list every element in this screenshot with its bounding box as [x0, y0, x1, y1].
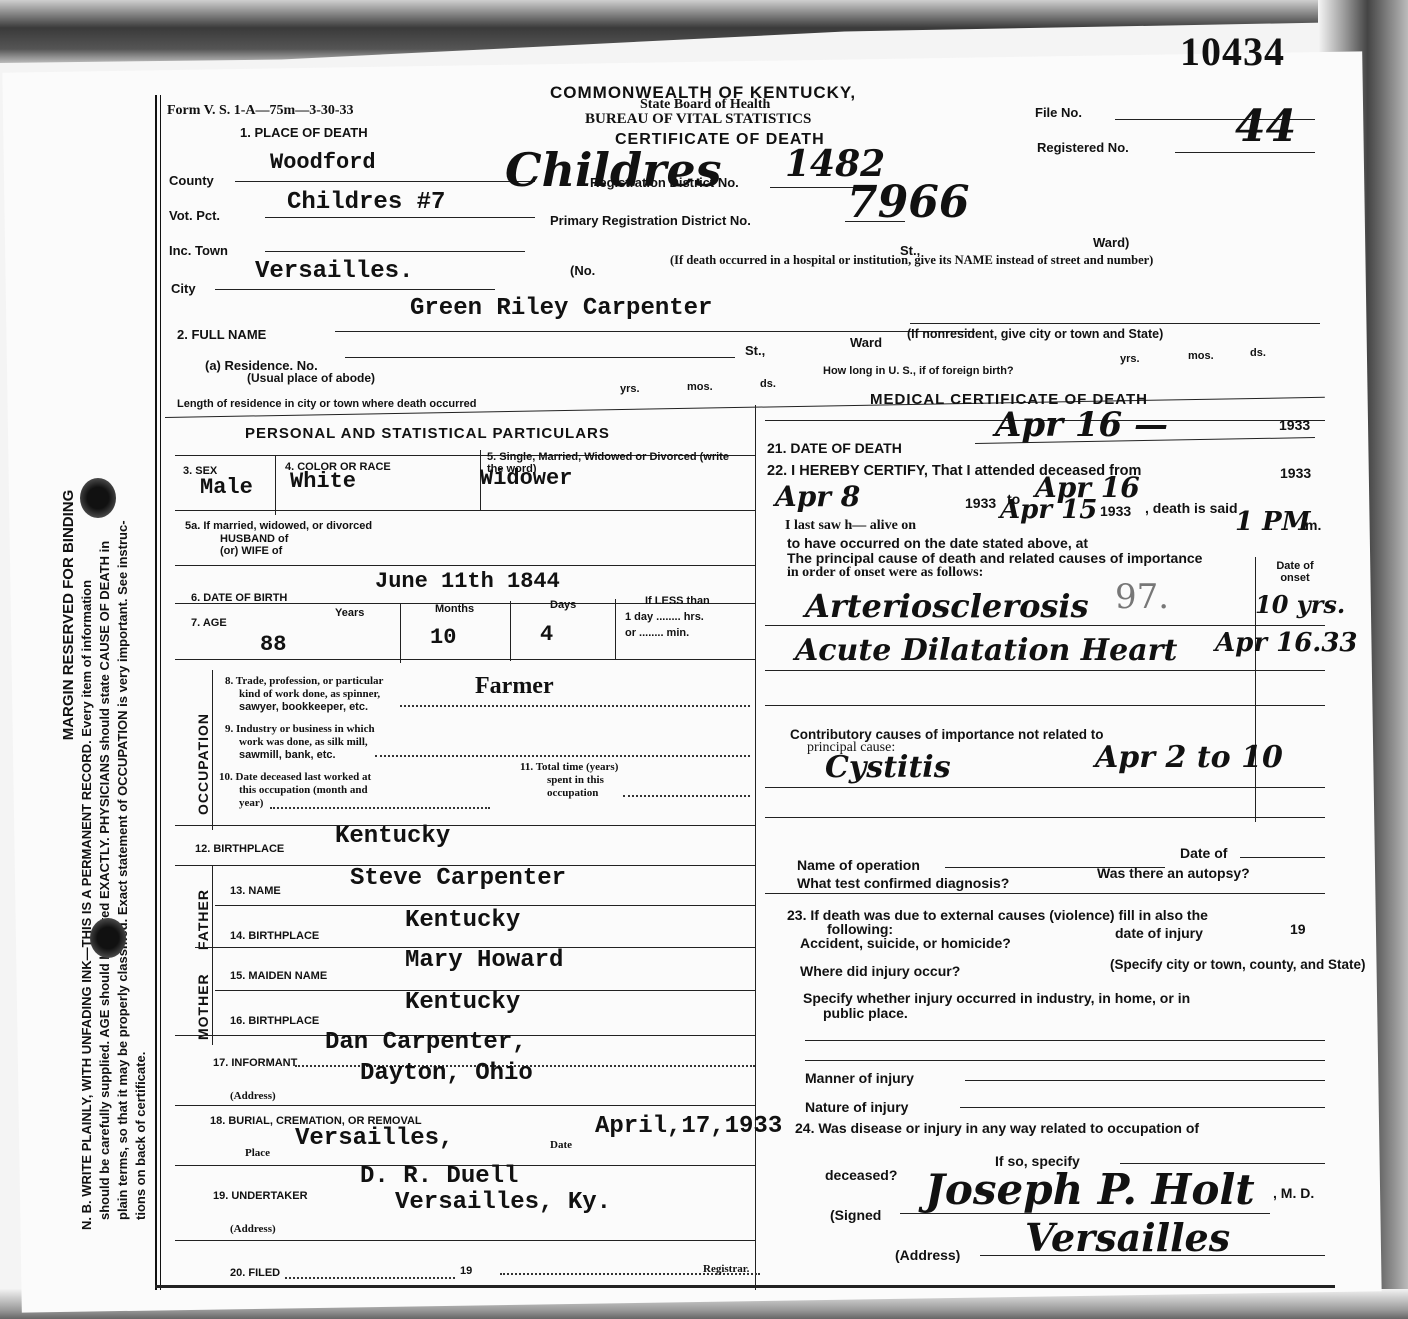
burial-date-value[interactable]: April,17,1933: [595, 1113, 782, 1140]
age-days-label: Days: [550, 599, 576, 611]
occupation-vertical-label: OCCUPATION: [195, 713, 211, 815]
md-label: , M. D.: [1273, 1185, 1314, 1201]
cause-2-onset[interactable]: Apr 16.33: [1215, 628, 1358, 658]
hospital-note: (If death occurred in a hospital or inst…: [670, 253, 1153, 268]
informant-label: 17. INFORMANT: [213, 1057, 297, 1069]
full-name-line: [335, 331, 975, 332]
vot-pct-line: [265, 217, 535, 218]
age-divider-2: [510, 601, 511, 661]
father-birthplace-label: 14. BIRTHPLACE: [230, 930, 319, 942]
father-vertical-label: FATHER: [195, 889, 211, 950]
injury-specify-label-2: public place.: [823, 1005, 908, 1021]
county-line: [235, 181, 535, 182]
burial-date-label: Date: [550, 1139, 572, 1151]
nonresident-line: [910, 323, 1320, 324]
margin-instructions-4: tions on back of certificate.: [132, 160, 150, 1270]
sex-value[interactable]: Male: [200, 475, 253, 500]
residence-ward-label: Ward: [850, 335, 882, 350]
mother-name-label: 15. MAIDEN NAME: [230, 970, 327, 982]
date-of-death-year[interactable]: 1933: [1279, 417, 1310, 433]
deceased-label: deceased?: [825, 1167, 897, 1183]
informant-divider: [175, 1105, 755, 1106]
age-years-value[interactable]: 88: [260, 632, 286, 657]
operation-date-line: [1240, 857, 1325, 858]
foreign-birth-label: How long in U. S., if of foreign birth?: [823, 365, 1014, 377]
total-time-label-2: spent in this: [547, 774, 604, 786]
contributory-line-2: [765, 817, 1325, 818]
race-value[interactable]: White: [290, 469, 356, 494]
abode-label: (Usual place of abode): [247, 371, 375, 385]
trade-value[interactable]: Farmer: [475, 673, 554, 700]
full-name-value[interactable]: Green Riley Carpenter: [410, 295, 712, 322]
injury-year-prefix: 19: [1290, 921, 1306, 937]
marital-divider: [175, 510, 755, 511]
physician-signature[interactable]: Joseph P. Holt: [925, 1165, 1255, 1214]
burial-place-label: Place: [245, 1147, 270, 1159]
registered-no-value[interactable]: 44: [1235, 101, 1296, 152]
cause-1-annotation: 97.: [1115, 577, 1169, 617]
physician-address-value[interactable]: Versailles: [1025, 1215, 1230, 1260]
death-said-label: , death is said: [1145, 500, 1238, 516]
personal-particulars-title: PERSONAL AND STATISTICAL PARTICULARS: [245, 425, 610, 442]
file-no-label: File No.: [1035, 105, 1082, 120]
margin-instructions-3: plain terms, so that it may be properly …: [114, 160, 132, 1270]
age-divider: [175, 659, 755, 660]
parents-side-divider: [212, 865, 213, 1045]
primary-district-value[interactable]: 7966: [847, 177, 969, 228]
trade-line: [400, 705, 750, 707]
last-saw-value[interactable]: Apr 15: [1000, 495, 1097, 525]
last-worked-label-2: this occupation (month and: [239, 784, 368, 796]
form-id: Form V. S. 1-A—75m—3-30-33: [167, 103, 354, 119]
cause-1-onset[interactable]: 10 yrs.: [1255, 590, 1345, 619]
primary-district-label: Primary Registration District No.: [550, 213, 751, 228]
age-years-label: Years: [335, 607, 364, 619]
age-label: 7. AGE: [191, 617, 227, 629]
nature-line: [960, 1107, 1325, 1108]
manner-label: Manner of injury: [805, 1070, 914, 1086]
undertaker-address-value[interactable]: Versailles, Ky.: [395, 1189, 611, 1216]
dob-value[interactable]: June 11th 1844: [375, 569, 560, 594]
residence-st-label: St.,: [745, 343, 765, 358]
injury-place-line: [805, 1040, 1325, 1041]
injury-where-label: Where did injury occur?: [800, 963, 960, 979]
industry-label-1: 9. Industry or business in which: [225, 723, 375, 735]
residence-line: [345, 357, 735, 358]
principal-cause-label-2: in order of onset were as follows:: [787, 565, 983, 581]
signed-label: (Signed: [830, 1207, 881, 1223]
length-ds-label: ds.: [760, 378, 776, 390]
contributory-line-1: [765, 787, 1325, 788]
length-yrs-label: yrs.: [620, 383, 640, 395]
operation-label: Name of operation: [797, 857, 920, 873]
filed-year-prefix: 19: [460, 1265, 472, 1277]
vot-pct-label: Vot. Pct.: [169, 208, 220, 223]
contributory-cause-value[interactable]: Cystitis: [825, 750, 951, 785]
margin-instructions-2: should be carefully supplied. AGE should…: [96, 160, 114, 1270]
attended-from-value[interactable]: Apr 8: [775, 480, 860, 513]
injury-where-note: (Specify city or town, county, and State…: [1110, 957, 1366, 972]
county-value[interactable]: Woodford: [270, 150, 376, 175]
nature-label: Nature of injury: [805, 1099, 908, 1115]
trade-label-2: kind of work done, as spinner,: [239, 688, 380, 700]
spouse-label-1: 5a. If married, widowed, or divorced: [185, 520, 372, 532]
attended-to-year[interactable]: 1933: [1280, 465, 1311, 481]
margin-instructions-1: N. B. WRITE PLAINLY, WITH UNFADING INK—T…: [78, 160, 96, 1270]
undertaker-value[interactable]: D. R. Duell: [360, 1163, 518, 1190]
margin-reserved-label: MARGIN RESERVED FOR BINDING: [60, 160, 78, 1270]
contributory-onset-value[interactable]: Apr 2 to 10: [1095, 740, 1283, 775]
less-than-label: If LESS than: [645, 595, 710, 607]
registered-no-label: Registered No.: [1037, 140, 1129, 155]
foreign-yrs-label: yrs.: [1120, 353, 1140, 365]
inc-town-label: Inc. Town: [169, 243, 228, 258]
attended-from-year[interactable]: 1933: [965, 495, 996, 511]
time-suffix: m.: [1305, 517, 1321, 533]
occupation-side-divider: [212, 670, 213, 830]
age-months-label: Months: [435, 603, 474, 615]
informant-value[interactable]: Dan Carpenter,: [325, 1029, 527, 1056]
length-mos-label: mos.: [687, 381, 713, 393]
occupation-related-label: 24. Was disease or injury in any way rel…: [795, 1120, 1199, 1136]
time-label: to have occurred on the date stated abov…: [787, 535, 1088, 551]
form-left-border: [155, 95, 161, 1290]
time-value[interactable]: 1 PM: [1235, 507, 1310, 537]
bureau-vital-statistics: BUREAU OF VITAL STATISTICS: [585, 111, 811, 128]
registered-no-line: [1175, 152, 1315, 153]
mother-birthplace-label: 16. BIRTHPLACE: [230, 1015, 319, 1027]
registrar-label: Registrar.: [703, 1263, 749, 1275]
burial-place-value[interactable]: Versailles,: [295, 1125, 453, 1152]
injury-place-line-2: [805, 1060, 1325, 1061]
test-line: [765, 893, 1325, 894]
total-time-line: [623, 795, 750, 797]
father-name-line: [215, 905, 755, 906]
age-divider-1: [400, 603, 401, 663]
informant-address-value[interactable]: Dayton, Ohio: [360, 1060, 533, 1087]
city-label: City: [171, 281, 196, 296]
trade-label-1: 8. Trade, profession, or particular: [225, 675, 383, 687]
column-divider: [755, 405, 756, 1290]
onset-header: Date of onset: [1265, 560, 1325, 584]
undertaker-label: 19. UNDERTAKER: [213, 1190, 308, 1202]
cause-2-line: [765, 670, 1325, 671]
place-of-death-label: 1. PLACE OF DEATH: [240, 125, 368, 140]
occupation-divider: [175, 825, 755, 826]
sex-race-divider: [275, 455, 276, 515]
physician-address-label: (Address): [895, 1247, 960, 1263]
form-bottom-border: [155, 1285, 1335, 1288]
industry-label-2: work was done, as silk mill,: [239, 736, 368, 748]
death-certificate-form: Form V. S. 1-A—75m—3-30-33 COMMONWEALTH …: [155, 95, 1370, 1295]
date-of-death-label: 21. DATE OF DEATH: [767, 440, 902, 456]
cause-3-line: [765, 705, 1325, 706]
informant-address-label: (Address): [230, 1090, 276, 1102]
principal-cause-label-1: The principal cause of death and related…: [787, 550, 1202, 566]
last-saw-label: I last saw h— alive on: [785, 518, 916, 534]
last-saw-year[interactable]: 1933: [1100, 503, 1131, 519]
injury-date-label: date of injury: [1115, 925, 1203, 941]
full-name-label: 2. FULL NAME: [177, 327, 266, 342]
marital-value[interactable]: Widower: [480, 466, 572, 491]
last-worked-line: [270, 807, 490, 809]
county-label: County: [169, 173, 214, 188]
total-time-label-3: occupation: [547, 787, 598, 799]
total-time-label-1: 11. Total time (years): [520, 761, 618, 773]
birthplace-value[interactable]: Kentucky: [335, 823, 450, 850]
spouse-label-3: (or) WIFE of: [220, 545, 282, 557]
inc-town-line: [265, 251, 525, 252]
city-value[interactable]: Versailles.: [255, 258, 413, 285]
mother-name-value[interactable]: Mary Howard: [405, 947, 563, 974]
industry-label-3: sawmill, bank, etc.: [239, 749, 336, 761]
undertaker-address-label: (Address): [230, 1223, 276, 1235]
injury-specify-label-1: Specify whether injury occurred in indus…: [803, 990, 1190, 1006]
day-hrs-label: 1 day ........ hrs.: [625, 611, 704, 623]
undertaker-divider: [175, 1240, 755, 1241]
length-of-residence-label: Length of residence in city or town wher…: [177, 398, 477, 410]
last-worked-label-3: year): [239, 797, 263, 809]
last-worked-label-1: 10. Date deceased last worked at: [219, 771, 371, 783]
signed-line: [900, 1213, 1270, 1214]
vot-pct-value[interactable]: Childres #7: [287, 189, 445, 216]
ink-blot-upper: [80, 478, 116, 518]
manner-line: [965, 1080, 1325, 1081]
age-days-value[interactable]: 4: [540, 622, 553, 647]
date-of-death-value[interactable]: Apr 16 —: [995, 405, 1168, 445]
document-number: 10434: [1180, 28, 1285, 75]
spouse-divider: [175, 565, 755, 566]
birthplace-label: 12. BIRTHPLACE: [195, 843, 284, 855]
number-label: (No.: [570, 263, 595, 278]
age-months-value[interactable]: 10: [430, 625, 456, 650]
autopsy-label: Was there an autopsy?: [1097, 865, 1250, 881]
ward-label: Ward): [1093, 235, 1129, 250]
test-confirmed-label: What test confirmed diagnosis?: [797, 875, 1009, 891]
operation-date-label: Date of: [1180, 845, 1227, 861]
mother-vertical-label: MOTHER: [195, 973, 211, 1040]
nonresident-note: (If nonresident, give city or town and S…: [907, 327, 1163, 341]
mother-birthplace-value[interactable]: Kentucky: [405, 989, 520, 1016]
accident-label: Accident, suicide, or homicide?: [800, 935, 1011, 951]
industry-line: [375, 755, 750, 757]
registration-district-label: Registration District No.: [590, 175, 739, 190]
ink-blot-lower: [90, 918, 126, 958]
foreign-ds-label: ds.: [1250, 347, 1266, 359]
filed-label: 20. FILED: [230, 1267, 280, 1279]
father-name-value[interactable]: Steve Carpenter: [350, 865, 566, 892]
cause-1-value[interactable]: Arteriosclerosis: [805, 587, 1089, 625]
spouse-label-2: HUSBAND of: [220, 533, 288, 545]
filed-date-line: [285, 1277, 455, 1279]
cause-2-value[interactable]: Acute Dilatation Heart: [795, 633, 1177, 668]
trade-label-3: sawyer, bookkeeper, etc.: [239, 701, 368, 713]
father-name-label: 13. NAME: [230, 885, 281, 897]
if-so-line: [1120, 1163, 1325, 1164]
or-min-label: or ........ min.: [625, 627, 689, 639]
city-line: [215, 289, 495, 290]
cause-1-line: [765, 625, 1325, 626]
age-divider-3: [615, 599, 616, 659]
physician-address-line: [980, 1255, 1325, 1256]
father-birthplace-value[interactable]: Kentucky: [405, 907, 520, 934]
foreign-mos-label: mos.: [1188, 350, 1214, 362]
